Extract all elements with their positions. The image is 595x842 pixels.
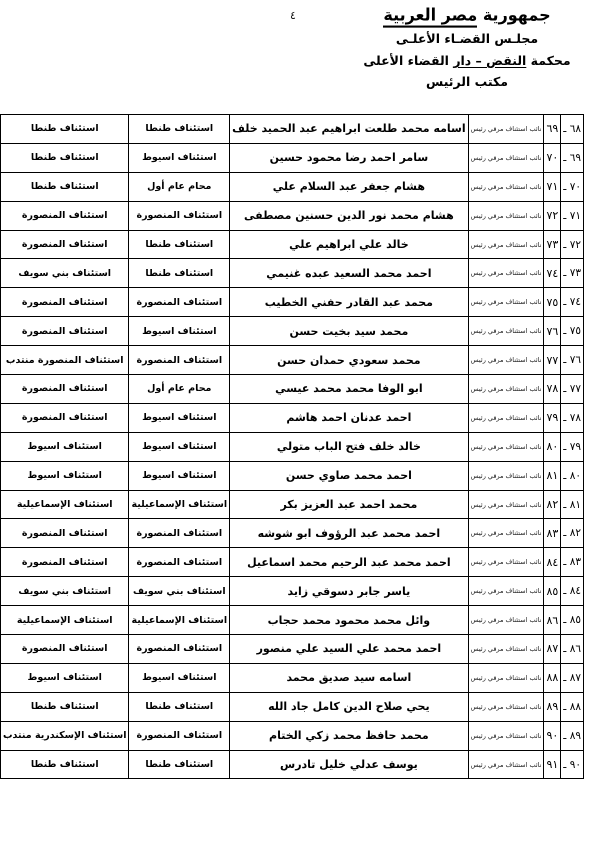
grade-cell: نائب استئناف مرقي رئيس (468, 721, 544, 750)
grade-cell: نائب استئناف مرقي رئيس (468, 577, 544, 606)
serial-number-cell: ٧٨ ـ (561, 403, 584, 432)
judge-name-cell: ابو الوفا محمد محمد عيسي (230, 375, 469, 404)
serial-number-cell: ٦٩ ـ (561, 143, 584, 172)
grade-cell: نائب استئناف مرقي رئيس (468, 346, 544, 375)
assigned-court-cell: استئناف المنصورة منتدب (0, 346, 128, 375)
grade-cell: نائب استئناف مرقي رئيس (468, 548, 544, 577)
current-court-cell: استئناف اسيوط (129, 432, 230, 461)
order-number-cell: ٧٦ (544, 317, 561, 346)
serial-number-cell: ٨٩ ـ (561, 721, 584, 750)
serial-number-cell: ٧٧ ـ (561, 375, 584, 404)
grade-cell: نائب استئناف مرقي رئيس (468, 230, 544, 259)
current-court-cell: استئناف طنطا (129, 230, 230, 259)
order-number-cell: ٦٩ (544, 115, 561, 144)
order-number-cell: ٧٤ (544, 259, 561, 288)
serial-number-cell: ٨٢ ـ (561, 519, 584, 548)
assigned-court-cell: استئناف طنطا (0, 750, 128, 779)
assigned-court-cell: استئناف طنطا (0, 115, 128, 144)
grade-cell: نائب استئناف مرقي رئيس (468, 143, 544, 172)
current-court-cell: استئناف طنطا (129, 259, 230, 288)
assigned-court-cell: استئناف المنصورة (0, 288, 128, 317)
serial-number-cell: ٧٠ ـ (561, 172, 584, 201)
order-number-cell: ٧٢ (544, 201, 561, 230)
assigned-court-cell: استئناف المنصورة (0, 201, 128, 230)
assigned-court-cell: استئناف المنصورة (0, 317, 128, 346)
current-court-cell: استئناف طنطا (129, 115, 230, 144)
table-row: ٧٦ ـ٧٧نائب استئناف مرقي رئيسمحمد سعودي ح… (0, 346, 583, 375)
current-court-cell: استئناف اسيوط (129, 663, 230, 692)
order-number-cell: ٨٠ (544, 432, 561, 461)
grade-cell: نائب استئناف مرقي رئيس (468, 692, 544, 721)
table-row: ٧٠ ـ٧١نائب استئناف مرقي رئيسهشام جعفر عب… (0, 172, 583, 201)
table-row: ٧٧ ـ٧٨نائب استئناف مرقي رئيسابو الوفا مح… (0, 375, 583, 404)
serial-number-cell: ٨٦ ـ (561, 635, 584, 664)
grade-cell: نائب استئناف مرقي رئيس (468, 635, 544, 664)
judge-name-cell: وائل محمد محمود محمد حجاب (230, 606, 469, 635)
serial-number-cell: ٦٨ ـ (561, 115, 584, 144)
order-number-cell: ٨٣ (544, 519, 561, 548)
grade-cell: نائب استئناف مرقي رئيس (468, 663, 544, 692)
table-row: ٧٤ ـ٧٥نائب استئناف مرقي رئيسمحمد عبد الق… (0, 288, 583, 317)
table-row: ٨١ ـ٨٢نائب استئناف مرقي رئيسمحمد احمد عب… (0, 490, 583, 519)
table-body: ٦٨ ـ٦٩نائب استئناف مرقي رئيساسامه محمد ط… (0, 115, 583, 779)
order-number-cell: ٨٩ (544, 692, 561, 721)
assigned-court-cell: استئناف اسيوط (0, 432, 128, 461)
order-number-cell: ٨٧ (544, 635, 561, 664)
judges-roster-table: ٦٨ ـ٦٩نائب استئناف مرقي رئيساسامه محمد ط… (0, 114, 584, 779)
cassation-court-post: القضاء الأعلى (363, 53, 453, 68)
republic-title: جمهورية مصر العربية (355, 5, 579, 25)
cassation-court-line: محكمة النقض – دار القضاء الأعلى (355, 53, 579, 68)
current-court-cell: استئناف طنطا (129, 692, 230, 721)
assigned-court-cell: استئناف الإسماعيلية (0, 490, 128, 519)
serial-number-cell: ٧٤ ـ (561, 288, 584, 317)
current-court-cell: محام عام أول (129, 375, 230, 404)
order-number-cell: ٧٩ (544, 403, 561, 432)
grade-cell: نائب استئناف مرقي رئيس (468, 317, 544, 346)
supreme-council-line: مجلـس القضـاء الأعلـى (355, 31, 579, 46)
grade-cell: نائب استئناف مرقي رئيس (468, 519, 544, 548)
table-row: ٨٥ ـ٨٦نائب استئناف مرقي رئيسوائل محمد مح… (0, 606, 583, 635)
order-number-cell: ٨٥ (544, 577, 561, 606)
table-row: ٨٨ ـ٨٩نائب استئناف مرقي رئيسيحي صلاح الد… (0, 692, 583, 721)
grade-cell: نائب استئناف مرقي رئيس (468, 201, 544, 230)
order-number-cell: ٧٣ (544, 230, 561, 259)
cassation-court-underlined: النقض – دار (453, 53, 526, 68)
current-court-cell: استئناف المنصورة (129, 288, 230, 317)
grade-cell: نائب استئناف مرقي رئيس (468, 490, 544, 519)
serial-number-cell: ٧٦ ـ (561, 346, 584, 375)
judge-name-cell: سامر احمد رضا محمود حسين (230, 143, 469, 172)
assigned-court-cell: استئناف المنصورة (0, 635, 128, 664)
judge-name-cell: محمد عبد القادر حفني الخطيب (230, 288, 469, 317)
serial-number-cell: ٨٤ ـ (561, 577, 584, 606)
judge-name-cell: يوسف عدلي خليل تادرس (230, 750, 469, 779)
order-number-cell: ٧٧ (544, 346, 561, 375)
table-row: ٨٦ ـ٨٧نائب استئناف مرقي رئيساحمد محمد عل… (0, 635, 583, 664)
grade-cell: نائب استئناف مرقي رئيس (468, 172, 544, 201)
assigned-court-cell: استئناف طنطا (0, 692, 128, 721)
current-court-cell: استئناف اسيوط (129, 403, 230, 432)
judge-name-cell: هشام محمد نور الدين حسنين مصطفى (230, 201, 469, 230)
current-court-cell: استئناف بني سويف (129, 577, 230, 606)
order-number-cell: ٧٥ (544, 288, 561, 317)
grade-cell: نائب استئناف مرقي رئيس (468, 432, 544, 461)
order-number-cell: ٨٢ (544, 490, 561, 519)
serial-number-cell: ٧٣ ـ (561, 259, 584, 288)
judge-name-cell: احمد محمد صاوي حسن (230, 461, 469, 490)
current-court-cell: استئناف المنصورة (129, 519, 230, 548)
order-number-cell: ٩٠ (544, 721, 561, 750)
serial-number-cell: ٨١ ـ (561, 490, 584, 519)
serial-number-cell: ٧٢ ـ (561, 230, 584, 259)
order-number-cell: ٧٠ (544, 143, 561, 172)
table-row: ٨٧ ـ٨٨نائب استئناف مرقي رئيساسامه سيد صد… (0, 663, 583, 692)
republic-title-underlined: مصر العربية (383, 5, 477, 28)
table-row: ٨٤ ـ٨٥نائب استئناف مرقي رئيسياسر جابر دس… (0, 577, 583, 606)
assigned-court-cell: استئناف المنصورة (0, 548, 128, 577)
judge-name-cell: محمد سيد بخيت حسن (230, 317, 469, 346)
grade-cell: نائب استئناف مرقي رئيس (468, 403, 544, 432)
assigned-court-cell: استئناف طنطا (0, 143, 128, 172)
table-row: ٧١ ـ٧٢نائب استئناف مرقي رئيسهشام محمد نو… (0, 201, 583, 230)
serial-number-cell: ٨٣ ـ (561, 548, 584, 577)
serial-number-cell: ٨٨ ـ (561, 692, 584, 721)
current-court-cell: استئناف المنصورة (129, 548, 230, 577)
table-row: ٧٥ ـ٧٦نائب استئناف مرقي رئيسمحمد سيد بخي… (0, 317, 583, 346)
document-header: جمهورية مصر العربية مجلـس القضـاء الأعلـ… (355, 5, 579, 89)
judge-name-cell: اسامه سيد صديق محمد (230, 663, 469, 692)
grade-cell: نائب استئناف مرقي رئيس (468, 375, 544, 404)
current-court-cell: استئناف اسيوط (129, 143, 230, 172)
assigned-court-cell: استئناف المنصورة (0, 375, 128, 404)
order-number-cell: ٩١ (544, 750, 561, 779)
judge-name-cell: ياسر جابر دسوقي زايد (230, 577, 469, 606)
republic-title-pre: جمهورية (477, 5, 550, 25)
grade-cell: نائب استئناف مرقي رئيس (468, 259, 544, 288)
current-court-cell: استئناف المنصورة (129, 635, 230, 664)
page-number: ٤ (290, 9, 296, 22)
judge-name-cell: هشام جعفر عبد السلام علي (230, 172, 469, 201)
current-court-cell: استئناف المنصورة (129, 721, 230, 750)
order-number-cell: ٨١ (544, 461, 561, 490)
judge-name-cell: احمد محمد عبد الرؤوف ابو شوشه (230, 519, 469, 548)
cassation-court-pre: محكمة (526, 53, 570, 68)
grade-cell: نائب استئناف مرقي رئيس (468, 606, 544, 635)
serial-number-cell: ٧٩ ـ (561, 432, 584, 461)
current-court-cell: محام عام أول (129, 172, 230, 201)
table-row: ٧٩ ـ٨٠نائب استئناف مرقي رئيسخالد خلف فتح… (0, 432, 583, 461)
assigned-court-cell: استئناف المنصورة (0, 519, 128, 548)
assigned-court-cell: استئناف بني سويف (0, 259, 128, 288)
grade-cell: نائب استئناف مرقي رئيس (468, 750, 544, 779)
table-row: ٩٠ ـ٩١نائب استئناف مرقي رئيسيوسف عدلي خل… (0, 750, 583, 779)
order-number-cell: ٧٨ (544, 375, 561, 404)
current-court-cell: استئناف الإسماعيلية (129, 490, 230, 519)
judge-name-cell: احمد محمد علي السيد علي منصور (230, 635, 469, 664)
assigned-court-cell: استئناف اسيوط (0, 461, 128, 490)
current-court-cell: استئناف اسيوط (129, 461, 230, 490)
table-row: ٦٨ ـ٦٩نائب استئناف مرقي رئيساسامه محمد ط… (0, 115, 583, 144)
grade-cell: نائب استئناف مرقي رئيس (468, 115, 544, 144)
assigned-court-cell: استئناف المنصورة (0, 403, 128, 432)
current-court-cell: استئناف الإسماعيلية (129, 606, 230, 635)
assigned-court-cell: استئناف بني سويف (0, 577, 128, 606)
judge-name-cell: احمد محمد السعيد عبده غنيمي (230, 259, 469, 288)
order-number-cell: ٨٦ (544, 606, 561, 635)
serial-number-cell: ٩٠ ـ (561, 750, 584, 779)
serial-number-cell: ٧١ ـ (561, 201, 584, 230)
judge-name-cell: محمد احمد عبد العزيز بكر (230, 490, 469, 519)
table-row: ٨٢ ـ٨٣نائب استئناف مرقي رئيساحمد محمد عب… (0, 519, 583, 548)
order-number-cell: ٨٨ (544, 663, 561, 692)
judge-name-cell: احمد محمد عبد الرحيم محمد اسماعيل (230, 548, 469, 577)
current-court-cell: استئناف المنصورة (129, 201, 230, 230)
grade-cell: نائب استئناف مرقي رئيس (468, 461, 544, 490)
order-number-cell: ٧١ (544, 172, 561, 201)
grade-cell: نائب استئناف مرقي رئيس (468, 288, 544, 317)
table-row: ٨٩ ـ٩٠نائب استئناف مرقي رئيسمحمد حافظ مح… (0, 721, 583, 750)
judge-name-cell: محمد حافظ محمد زكي الختام (230, 721, 469, 750)
table-row: ٧٣ ـ٧٤نائب استئناف مرقي رئيساحمد محمد ال… (0, 259, 583, 288)
serial-number-cell: ٧٥ ـ (561, 317, 584, 346)
current-court-cell: استئناف المنصورة (129, 346, 230, 375)
assigned-court-cell: استئناف طنطا (0, 172, 128, 201)
table-row: ٧٨ ـ٧٩نائب استئناف مرقي رئيساحمد عدنان ا… (0, 403, 583, 432)
table-row: ٨٠ ـ٨١نائب استئناف مرقي رئيساحمد محمد صا… (0, 461, 583, 490)
judge-name-cell: خالد علي ابراهيم علي (230, 230, 469, 259)
assigned-court-cell: استئناف الإسماعيلية (0, 606, 128, 635)
assigned-court-cell: استئناف المنصورة (0, 230, 128, 259)
current-court-cell: استئناف طنطا (129, 750, 230, 779)
judge-name-cell: يحي صلاح الدين كامل جاد الله (230, 692, 469, 721)
serial-number-cell: ٨٠ ـ (561, 461, 584, 490)
assigned-court-cell: استئناف الإسكندرية منتدب (0, 721, 128, 750)
table-row: ٦٩ ـ٧٠نائب استئناف مرقي رئيسسامر احمد رض… (0, 143, 583, 172)
table-row: ٨٣ ـ٨٤نائب استئناف مرقي رئيساحمد محمد عب… (0, 548, 583, 577)
serial-number-cell: ٨٧ ـ (561, 663, 584, 692)
president-office-line: مكتب الرئيس (355, 74, 579, 89)
assigned-court-cell: استئناف اسيوط (0, 663, 128, 692)
judge-name-cell: احمد عدنان احمد هاشم (230, 403, 469, 432)
serial-number-cell: ٨٥ ـ (561, 606, 584, 635)
table-row: ٧٢ ـ٧٣نائب استئناف مرقي رئيسخالد علي ابر… (0, 230, 583, 259)
judge-name-cell: خالد خلف فتح الباب متولي (230, 432, 469, 461)
order-number-cell: ٨٤ (544, 548, 561, 577)
judge-name-cell: اسامه محمد طلعت ابراهيم عبد الحميد خلف (230, 115, 469, 144)
current-court-cell: استئناف اسيوط (129, 317, 230, 346)
judge-name-cell: محمد سعودي حمدان حسن (230, 346, 469, 375)
